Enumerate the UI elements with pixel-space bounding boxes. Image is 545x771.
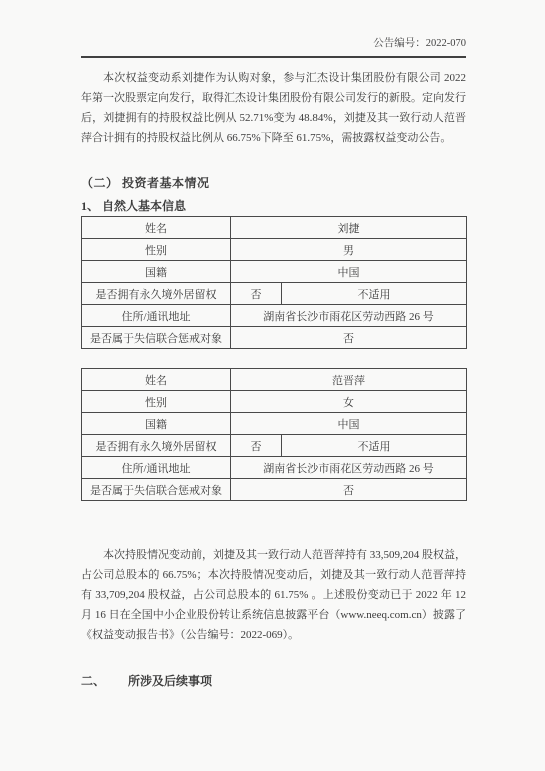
paragraph-line: 年第一次股票定向发行，取得汇杰设计集团股份有限公司发行的新股。定向发行 (81, 88, 466, 108)
table-cell-value: 中国 (231, 413, 467, 435)
table-cell-value: 范晋萍 (231, 369, 467, 391)
section-heading-investor-info: （二） 投资者基本情况 (81, 175, 466, 191)
holding-change-paragraph: 本次持股情况变动前，刘捷及其一致行动人范晋萍持有 33,509,204 股权益，… (81, 545, 466, 645)
table-cell-value: 否 (231, 479, 467, 501)
table-cell-value: 中国 (231, 261, 467, 283)
paragraph-line: 本次持股情况变动前，刘捷及其一致行动人范晋萍持有 33,509,204 股权益， (81, 545, 466, 565)
table-cell-value: 不适用 (282, 283, 467, 305)
table-cell-label: 住所/通讯地址 (82, 457, 231, 479)
table-row: 是否拥有永久境外居留权 否 不适用 (82, 435, 467, 457)
table-cell-value: 男 (231, 239, 467, 261)
table-cell-value: 否 (231, 283, 282, 305)
paragraph-line: 月 16 日在全国中小企业股份转让系统信息披露平台（www.neeq.com.c… (81, 605, 466, 625)
table-row: 是否属于失信联合惩戒对象 否 (82, 479, 467, 501)
table-cell-label: 是否属于失信联合惩戒对象 (82, 479, 231, 501)
paragraph-line: 萍合计拥有的持股权益比例从 66.75%下降至 61.75%，需披露权益变动公告… (81, 128, 466, 148)
table-cell-label: 国籍 (82, 413, 231, 435)
table-cell-value: 女 (231, 391, 467, 413)
table-row: 国籍 中国 (82, 413, 467, 435)
table-cell-label: 是否属于失信联合惩戒对象 (82, 327, 231, 349)
paragraph-line: 《权益变动报告书》（公告编号：2022-069）。 (81, 625, 466, 645)
table-row: 性别 男 (82, 239, 467, 261)
table-row: 住所/通讯地址 湖南省长沙市雨花区劳动西路 26 号 (82, 457, 467, 479)
subsection-heading-natural-person: 1、 自然人基本信息 (81, 198, 466, 214)
document-content: 公告编号：2022-070 本次权益变动系刘捷作为认购对象，参与汇杰设计集团股份… (81, 0, 466, 689)
intro-paragraph: 本次权益变动系刘捷作为认购对象，参与汇杰设计集团股份有限公司 2022 年第一次… (81, 68, 466, 148)
table-cell-label: 国籍 (82, 261, 231, 283)
paragraph-line: 有 33,709,204 股权益，占公司总股本的 61.75% 。上述股份变动已… (81, 585, 466, 605)
table-cell-value: 否 (231, 327, 467, 349)
table-cell-label: 是否拥有永久境外居留权 (82, 283, 231, 305)
table-cell-value: 湖南省长沙市雨花区劳动西路 26 号 (231, 457, 467, 479)
announcement-number: 公告编号：2022-070 (81, 0, 466, 51)
table-cell-value: 湖南省长沙市雨花区劳动西路 26 号 (231, 305, 467, 327)
table-row: 性别 女 (82, 391, 467, 413)
header-divider (81, 56, 466, 58)
paragraph-line: 后，刘捷拥有的持股权益比例从 52.71%变为 48.84%，刘捷及其一致行动人… (81, 108, 466, 128)
paragraph-line: 占公司总股本的 66.75%；本次持股情况变动后，刘捷及其一致行动人范晋萍持 (81, 565, 466, 585)
person-info-table-liujie: 姓名 刘捷 性别 男 国籍 中国 是否拥有永久境外居留权 否 不适用 住所/ (81, 216, 467, 349)
paragraph-line: 本次权益变动系刘捷作为认购对象，参与汇杰设计集团股份有限公司 2022 (81, 68, 466, 88)
table-cell-label: 姓名 (82, 369, 231, 391)
table-cell-label: 姓名 (82, 217, 231, 239)
table-cell-label: 性别 (82, 239, 231, 261)
table-row: 是否属于失信联合惩戒对象 否 (82, 327, 467, 349)
document-page: 公告编号：2022-070 本次权益变动系刘捷作为认购对象，参与汇杰设计集团股份… (0, 0, 545, 771)
table-cell-value: 否 (231, 435, 282, 457)
table-row: 姓名 范晋萍 (82, 369, 467, 391)
table-cell-value: 不适用 (282, 435, 467, 457)
person-info-table-fanjinping: 姓名 范晋萍 性别 女 国籍 中国 是否拥有永久境外居留权 否 不适用 住所 (81, 368, 467, 501)
table-cell-label: 住所/通讯地址 (82, 305, 231, 327)
table-cell-label: 是否拥有永久境外居留权 (82, 435, 231, 457)
section-heading-followup-matters: 二、所涉及后续事项 (81, 673, 466, 689)
table-cell-label: 性别 (82, 391, 231, 413)
table-cell-value: 刘捷 (231, 217, 467, 239)
table-row: 姓名 刘捷 (82, 217, 467, 239)
section-number: 二、 (81, 674, 105, 688)
table-row: 住所/通讯地址 湖南省长沙市雨花区劳动西路 26 号 (82, 305, 467, 327)
table-row: 是否拥有永久境外居留权 否 不适用 (82, 283, 467, 305)
section-title: 所涉及后续事项 (128, 674, 212, 688)
table-row: 国籍 中国 (82, 261, 467, 283)
